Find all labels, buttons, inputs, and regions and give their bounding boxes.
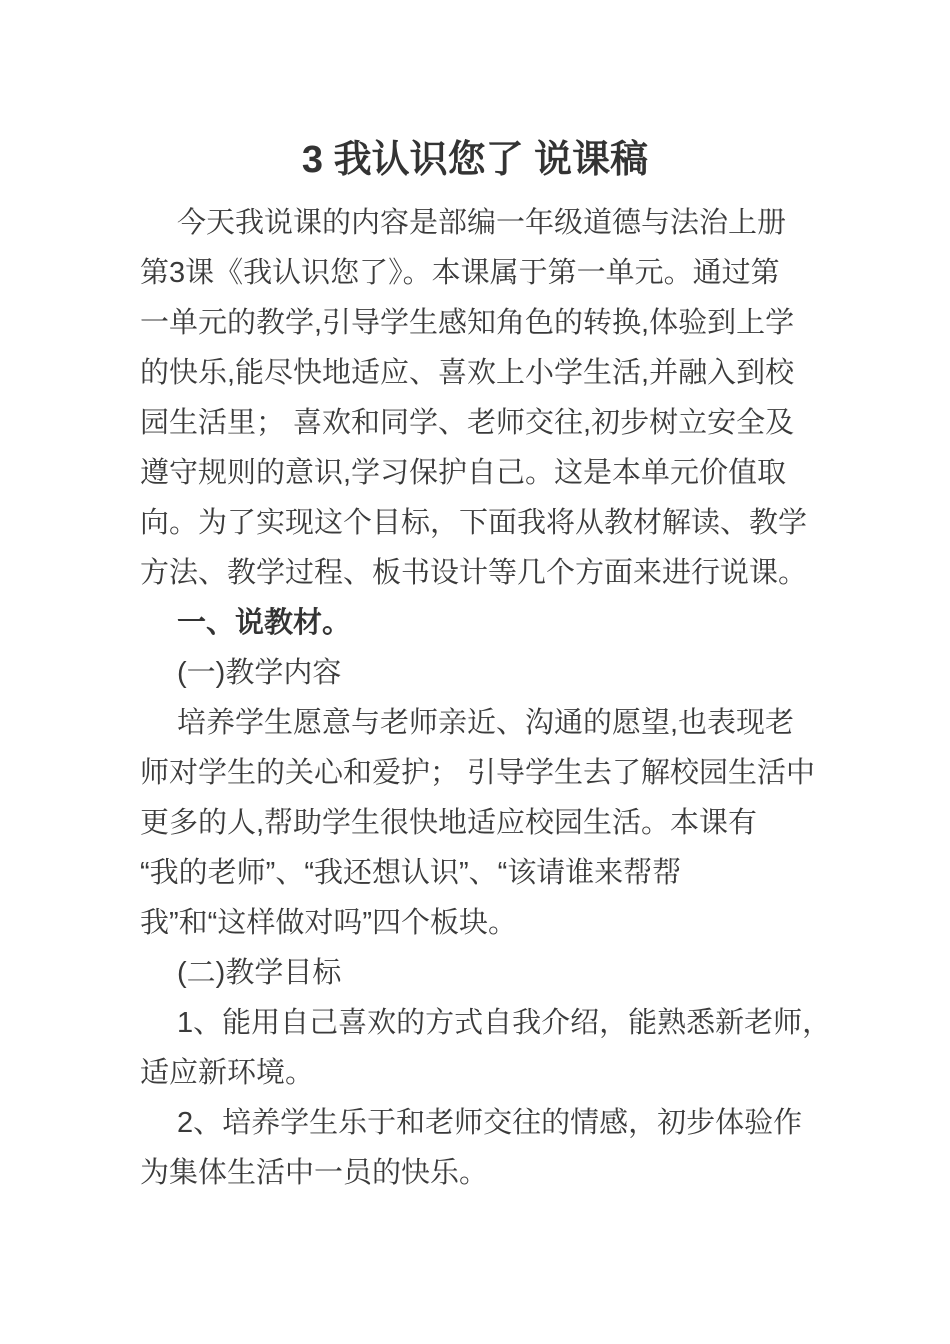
text-line: 我”和“这样做对吗”四个板块。 (140, 898, 830, 948)
text-line: 培养学生愿意与老师亲近、沟通的愿望,也表现老 (140, 698, 830, 748)
list-item: 2、培养学生乐于和老师交往的情感，初步体验作 (140, 1098, 830, 1148)
text-line: 遵守规则的意识,学习保护自己。这是本单元价值取 (140, 448, 830, 498)
text-line: 为集体生活中一员的快乐。 (140, 1148, 830, 1198)
text-line: 的快乐,能尽快地适应、喜欢上小学生活,并融入到校 (140, 348, 830, 398)
text-line: 师对学生的关心和爱护； 引导学生去了解校园生活中 (140, 748, 830, 798)
text-line: 第3课《我认识您了》。本课属于第一单元。通过第 (140, 248, 830, 298)
text-line: 适应新环境。 (140, 1048, 830, 1098)
document-title: 3 我认识您了 说课稿 (140, 135, 810, 185)
section-heading: 一、说教材。 (140, 598, 830, 648)
list-item: 1、能用自己喜欢的方式自我介绍，能熟悉新老师， (140, 998, 830, 1048)
text-line: 一单元的教学,引导学生感知角色的转换,体验到上学 (140, 298, 830, 348)
text-line: 更多的人,帮助学生很快地适应校园生活。本课有 (140, 798, 830, 848)
subsection-heading: (一)教学内容 (140, 648, 830, 698)
text-line: “我的老师”、“我还想认识”、“该请谁来帮帮 (140, 848, 830, 898)
document-body: 今天我说课的内容是部编一年级道德与法治上册 第3课《我认识您了》。本课属于第一单… (140, 198, 830, 1198)
text-line: 方法、教学过程、板书设计等几个方面来进行说课。 (140, 548, 830, 598)
text-line: 今天我说课的内容是部编一年级道德与法治上册 (140, 198, 830, 248)
text-line: 园生活里； 喜欢和同学、老师交往,初步树立安全及 (140, 398, 830, 448)
text-line: 向。为了实现这个目标，下面我将从教材解读、教学 (140, 498, 830, 548)
subsection-heading: (二)教学目标 (140, 948, 830, 998)
document-page: 3 我认识您了 说课稿 今天我说课的内容是部编一年级道德与法治上册 第3课《我认… (0, 0, 950, 1344)
